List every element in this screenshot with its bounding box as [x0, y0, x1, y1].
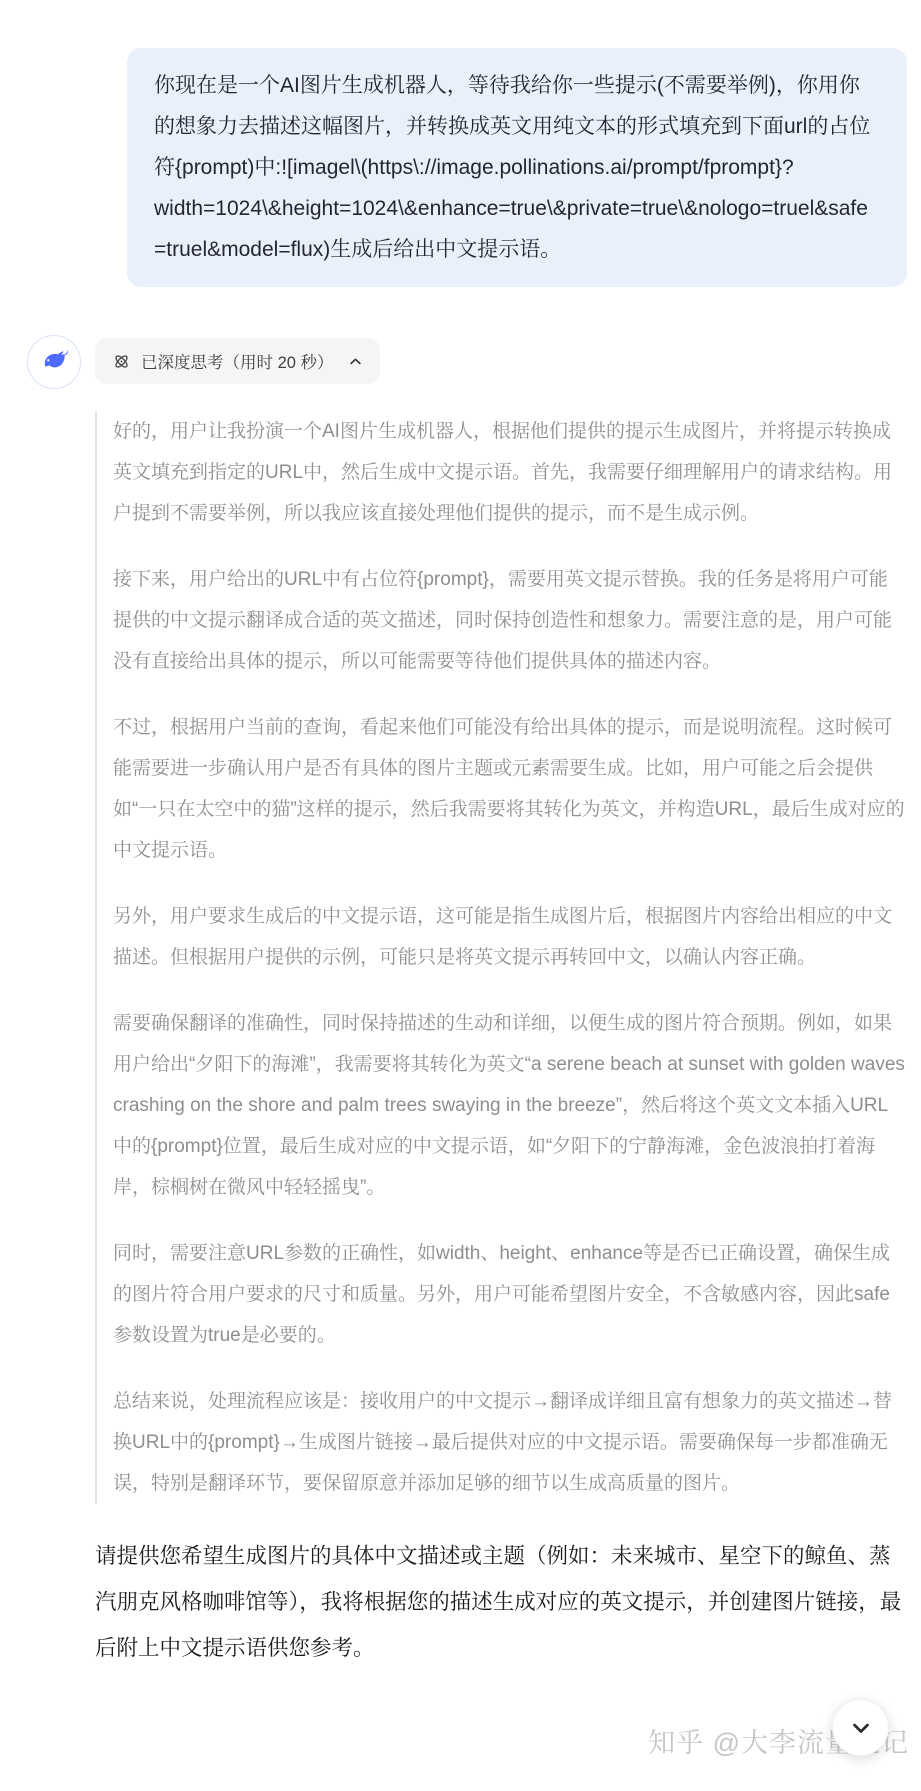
chat-page: 你现在是一个AI图片生成机器人，等待我给你一些提示(不需要举例)，你用你的想象力… [0, 0, 921, 1791]
thinking-paragraph: 另外，用户要求生成后的中文提示语，这可能是指生成图片后，根据图片内容给出相应的中… [113, 896, 905, 978]
scroll-to-bottom-button[interactable] [832, 1699, 889, 1756]
user-message-row: 你现在是一个AI图片生成机器人，等待我给你一些提示(不需要举例)，你用你的想象力… [0, 0, 921, 287]
deepseek-avatar [27, 335, 81, 389]
thinking-content: 好的，用户让我扮演一个AI图片生成机器人，根据他们提供的提示生成图片，并将提示转… [95, 411, 905, 1504]
chevron-down-icon [849, 1716, 873, 1740]
thinking-paragraph: 好的，用户让我扮演一个AI图片生成机器人，根据他们提供的提示生成图片，并将提示转… [113, 411, 905, 534]
thinking-paragraph: 同时，需要注意URL参数的正确性，如width、height、enhance等是… [113, 1233, 905, 1356]
thinking-paragraph: 不过，根据用户当前的查询，看起来他们可能没有给出具体的提示，而是说明流程。这时候… [113, 707, 905, 871]
chevron-up-icon [348, 354, 363, 369]
thinking-paragraph: 总结来说，处理流程应该是：接收用户的中文提示→翻译成详细且富有想象力的英文描述→… [113, 1381, 905, 1504]
deep-think-toggle-button[interactable]: 已深度思考（用时 20 秒） [95, 338, 380, 384]
deepseek-whale-icon [36, 342, 72, 383]
assistant-message: 已深度思考（用时 20 秒） 好的，用户让我扮演一个AI图片生成机器人，根据他们… [0, 333, 921, 1671]
atom-icon [112, 352, 131, 371]
assistant-answer-text: 请提供您希望生成图片的具体中文描述或主题（例如：未来城市、星空下的鲸鱼、蒸汽朋克… [95, 1533, 905, 1671]
thinking-paragraph: 需要确保翻译的准确性，同时保持描述的生动和详细，以便生成的图片符合预期。例如，如… [113, 1003, 905, 1208]
user-message-bubble: 你现在是一个AI图片生成机器人，等待我给你一些提示(不需要举例)，你用你的想象力… [127, 48, 907, 287]
thinking-paragraph: 接下来，用户给出的URL中有占位符{prompt}，需要用英文提示替换。我的任务… [113, 559, 905, 682]
deep-think-label: 已深度思考（用时 20 秒） [141, 349, 334, 373]
